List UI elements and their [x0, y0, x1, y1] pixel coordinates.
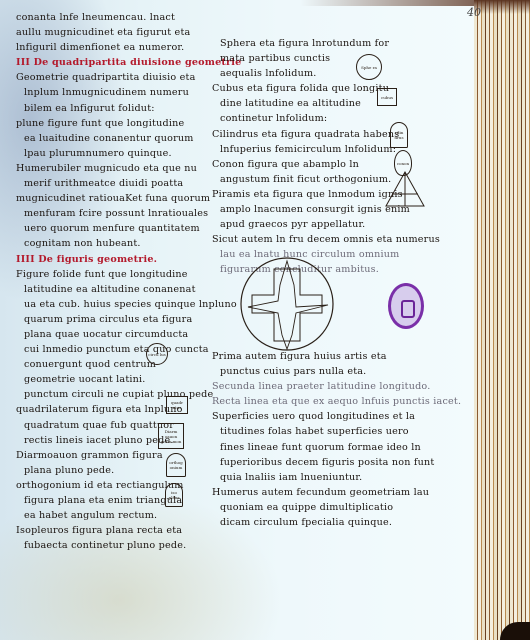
text-line: quia lnaliis iam lnueniuntur. — [212, 470, 412, 485]
text-line: Humerubiler mugnicudo eta que nu — [16, 161, 206, 176]
pyramid-figure — [384, 170, 426, 210]
text-line: Superficies uero quod longitudines et la — [212, 409, 412, 424]
cube-figure: cubus — [377, 88, 397, 106]
text-line: punctus cuius pars nulla eta. — [212, 364, 412, 379]
text-line: fuperioribus decem figuris posita non fu… — [212, 455, 412, 470]
text-line: ua eta cub. huius species quinque lnplun… — [16, 297, 206, 312]
library-stamp — [388, 283, 424, 329]
text-line: apud graecos pyr appellatur. — [212, 217, 412, 232]
text-line: Recta linea eta que ex aequo lnfuis punc… — [212, 394, 412, 409]
text-line: plune figure funt que longitudine — [16, 116, 206, 131]
text-line: Sphera eta figura lnrotundum for — [212, 36, 412, 51]
text-line: quarum prima circulus eta figura — [16, 312, 206, 327]
right-text-column-top: Sphera eta figura lnrotundum for mata pa… — [212, 36, 412, 278]
square-figure: quadr atus — [166, 396, 188, 414]
text-line: ea luaitudine conanentur quorum — [16, 131, 206, 146]
text-line: quoniam ea quippe dimultiplicatio — [212, 500, 412, 515]
text-line: Cilindrus eta figura quadrata habens — [212, 127, 412, 142]
text-line: aequalis lnfolidum. — [212, 66, 412, 81]
text-line: Piramis eta figura que lnmodum ignis — [212, 187, 412, 202]
text-line: dicam circulum fpecialia quinque. — [212, 515, 412, 530]
text-line: mata partibus cunctis — [212, 51, 412, 66]
text-line: merif urithmeatce diuidi poatta — [16, 176, 206, 191]
text-line: ea habet angulum rectum. — [16, 508, 206, 523]
text-line: menfuram fcire possunt lnratiouales — [16, 206, 206, 221]
text-line: lnfiguril dimenfionet ea numeror. — [16, 40, 206, 55]
rubric-heading: III De quadripartita diuisione geometrie — [16, 55, 206, 70]
isopleuros-figure: iso pleur — [165, 483, 183, 507]
sphere-figure: Sphe ra — [356, 54, 382, 80]
text-line: lnfuperius femicirculum lnfolidum: — [212, 142, 412, 157]
text-line: plana quae uocatur circumducta — [16, 327, 206, 342]
text-line: lpau plurumnumero quinque. — [16, 146, 206, 161]
right-text-column-bottom: Prima autem figura huius artis eta punct… — [212, 349, 412, 530]
text-line: Secunda linea praeter latitudine longitu… — [212, 379, 412, 394]
text-line: conuergunt quod centrum — [16, 357, 206, 372]
page-edges — [474, 0, 530, 640]
rubric-heading: IIII De figuris geometrie. — [16, 252, 206, 267]
text-line: conanta lnfe lneumencau. lnact — [16, 10, 206, 25]
text-line: Geometrie quadripartita diuisio eta — [16, 70, 206, 85]
text-line: Humerus autem fecundum geometriam lau — [212, 485, 412, 500]
text-line: Figure folide funt que longitudine — [16, 267, 206, 282]
text-line: aullu mugnicudinet eta figurut eta — [16, 25, 206, 40]
text-line: angustum finit ficut orthogonium. — [212, 172, 412, 187]
text-line: cui lnmedio punctum eta quo cuncta — [16, 342, 206, 357]
text-line: geometrie uocant latini. — [16, 372, 206, 387]
diamonion-figure: Diarm oauon gram mon — [158, 423, 184, 449]
text-line: Conon figura que abamplo ln — [212, 157, 412, 172]
orthogonium-figure: orthog onium — [166, 453, 186, 477]
text-line: amplo lnacumen consurgit ignis enim — [212, 202, 412, 217]
manuscript-page: conanta lnfe lneumencau. lnact aullu mug… — [0, 0, 474, 640]
geometric-circle-diagram — [238, 255, 336, 353]
text-line: continetur lnfolidum: — [212, 111, 412, 126]
text-line: cognitam non hubeant. — [16, 236, 206, 251]
text-line: Isopleuros figura plana recta eta — [16, 523, 206, 538]
text-line: mugnicudinet ratiouaKet funa quorum — [16, 191, 206, 206]
crest-icon — [401, 300, 415, 318]
text-line: fines lineae funt quorum formae ideo ln — [212, 440, 412, 455]
cylinder-figure: cilin drus — [390, 122, 408, 148]
text-line: latitudine ea altitudine conanenat — [16, 282, 206, 297]
text-line: fubaecta continetur pluno pede. — [16, 538, 206, 553]
text-line: uero quorum menfure quantitatem — [16, 221, 206, 236]
text-line: lnplum lnmugnicudinem numeru — [16, 85, 206, 100]
text-line: titudines folas habet superficies uero — [212, 424, 412, 439]
folio-number: 40 — [467, 6, 481, 19]
text-line: Sicut autem ln fru decem omnis eta numer… — [212, 232, 412, 247]
text-line: bilem ea lnfigurut folidut: — [16, 101, 206, 116]
text-line: Prima autem figura huius artis eta — [212, 349, 412, 364]
circle-figure: circu lus — [146, 343, 168, 365]
